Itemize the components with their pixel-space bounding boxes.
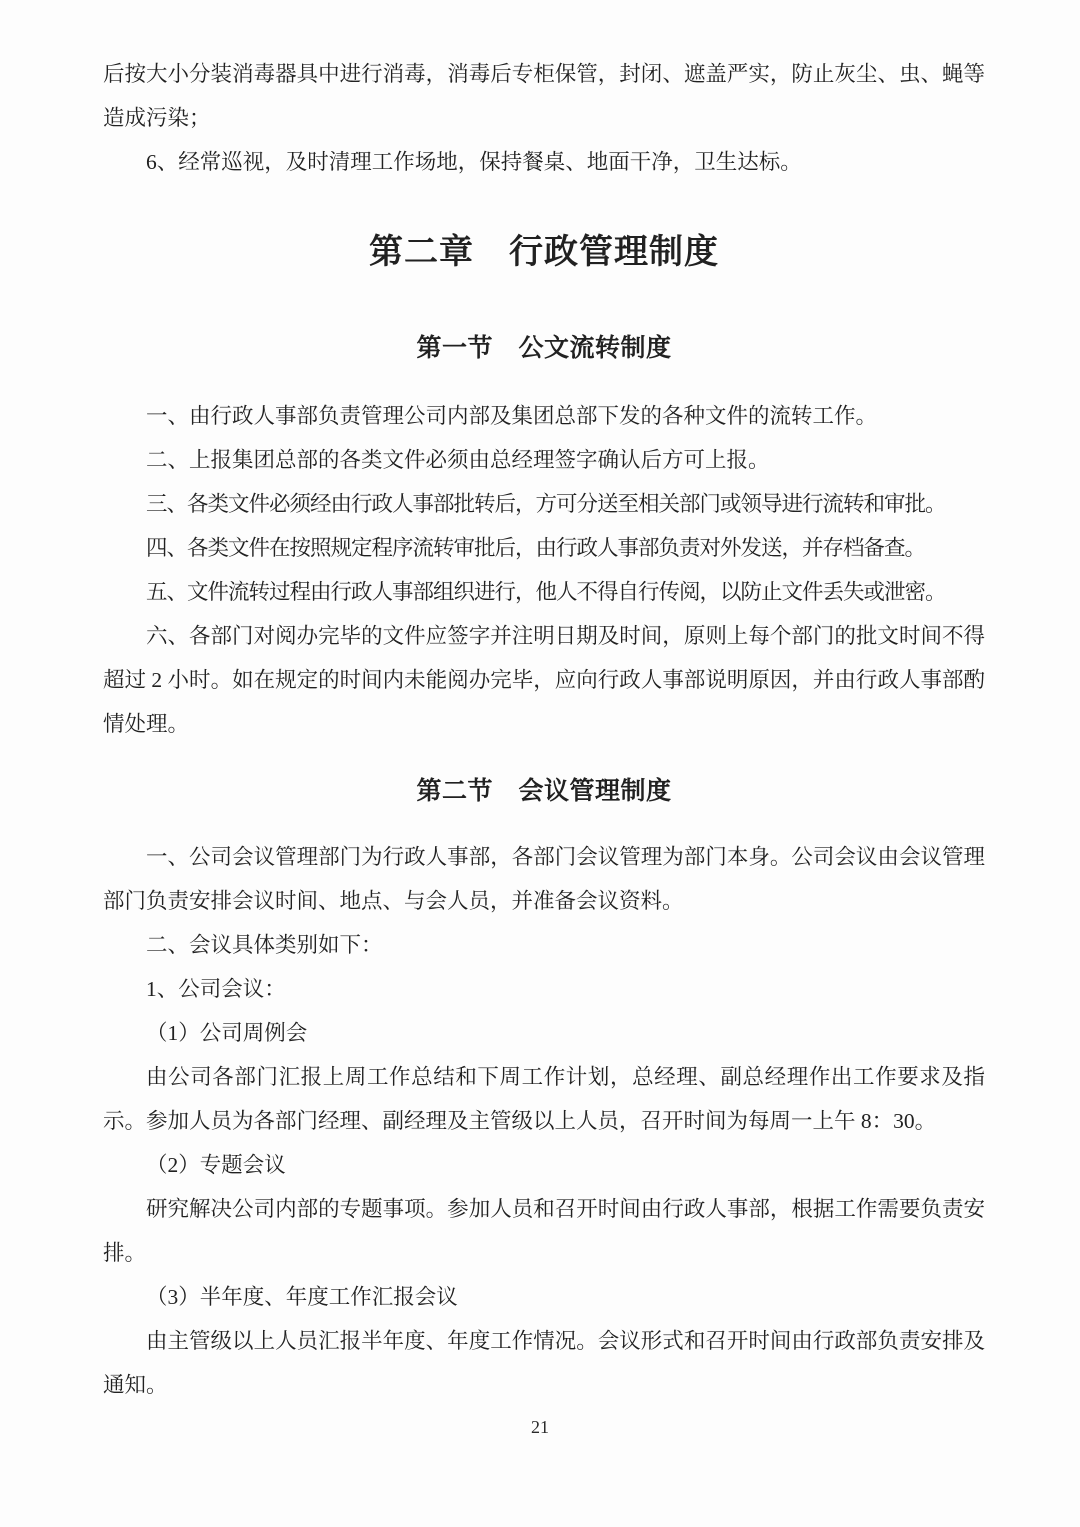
body-paragraph: 研究解决公司内部的专题事项。参加人员和召开时间由行政人事部，根据工作需要负责安排…	[103, 1187, 985, 1275]
body-paragraph: （2）专题会议	[103, 1143, 985, 1187]
section-title-2: 第二节 会议管理制度	[103, 771, 985, 813]
section-title-1: 第一节 公文流转制度	[103, 328, 985, 370]
body-paragraph: 一、由行政人事部负责管理公司内部及集团总部下发的各种文件的流转工作。	[103, 394, 985, 438]
section-1-body: 一、由行政人事部负责管理公司内部及集团总部下发的各种文件的流转工作。 二、上报集…	[103, 394, 985, 746]
body-paragraph: 二、会议具体类别如下：	[103, 923, 985, 967]
body-paragraph: 四、各类文件在按照规定程序流转审批后，由行政人事部负责对外发送，并存档备查。	[103, 526, 985, 570]
body-paragraph: （3）半年度、年度工作汇报会议	[103, 1275, 985, 1319]
body-paragraph: 1、公司会议：	[103, 967, 985, 1011]
body-paragraph: 五、文件流转过程由行政人事部组织进行，他人不得自行传阅，以防止文件丢失或泄密。	[103, 570, 985, 614]
chapter-title: 第二章 行政管理制度	[103, 227, 985, 279]
body-paragraph: 二、上报集团总部的各类文件必须由总经理签字确认后方可上报。	[103, 438, 985, 482]
body-paragraph: 三、各类文件必须经由行政人事部批转后，方可分送至相关部门或领导进行流转和审批。	[103, 482, 985, 526]
list-item: 6、经常巡视，及时清理工作场地，保持餐桌、地面干净，卫生达标。	[103, 140, 985, 184]
body-paragraph: 一、公司会议管理部门为行政人事部，各部门会议管理为部门本身。公司会议由会议管理部…	[103, 835, 985, 923]
carryover-paragraph: 后按大小分装消毒器具中进行消毒，消毒后专柜保管，封闭、遮盖严实，防止灰尘、虫、蝇…	[103, 52, 985, 140]
section-2-body: 一、公司会议管理部门为行政人事部，各部门会议管理为部门本身。公司会议由会议管理部…	[103, 835, 985, 1407]
body-paragraph: 由主管级以上人员汇报半年度、年度工作情况。会议形式和召开时间由行政部负责安排及通…	[103, 1319, 985, 1407]
body-paragraph: 六、各部门对阅办完毕的文件应签字并注明日期及时间，原则上每个部门的批文时间不得超…	[103, 614, 985, 746]
body-paragraph: 由公司各部门汇报上周工作总结和下周工作计划，总经理、副总经理作出工作要求及指示。…	[103, 1055, 985, 1143]
document-page: 后按大小分装消毒器具中进行消毒，消毒后专柜保管，封闭、遮盖严实，防止灰尘、虫、蝇…	[0, 0, 1080, 1527]
page-number: 21	[0, 1414, 1080, 1440]
body-paragraph: （1）公司周例会	[103, 1011, 985, 1055]
